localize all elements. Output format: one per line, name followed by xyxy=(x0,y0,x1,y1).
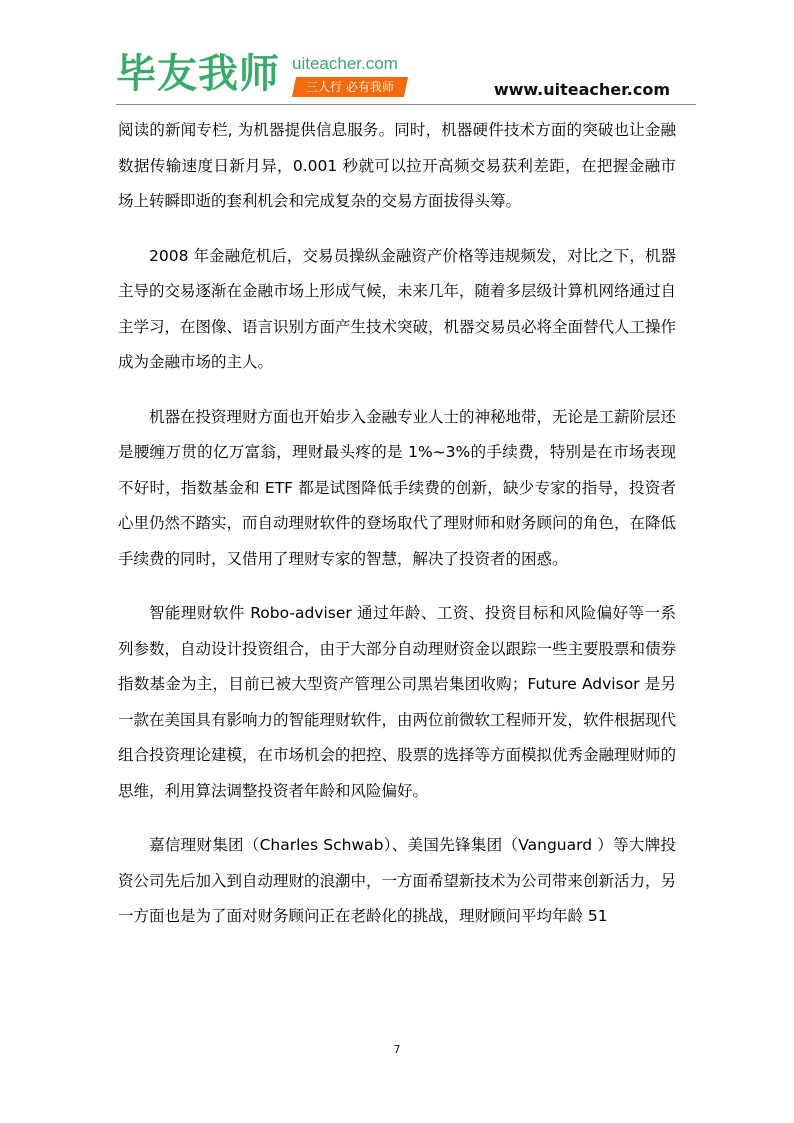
header-divider xyxy=(116,104,696,105)
paragraph: 阅读的新闻专栏, 为机器提供信息服务。同时，机器硬件技术方面的突破也让金融数据传… xyxy=(118,113,676,220)
logo-slogan-text: 三人行 必有我师 xyxy=(306,77,394,97)
paragraph: 嘉信理财集团（Charles Schwab）、美国先锋集团（Vanguard ）… xyxy=(118,828,676,935)
page-number: 7 xyxy=(0,1043,794,1056)
paragraph: 智能理财软件 Robo-adviser 通过年龄、工资、投资目标和风险偏好等一系… xyxy=(118,596,676,809)
paragraph: 机器在投资理财方面也开始步入金融专业人士的神秘地带，无论是工薪阶层还是腰缠万贯的… xyxy=(118,400,676,578)
page-header: 毕友我师 uiteacher.com 三人行 必有我师 www.uiteache… xyxy=(116,50,696,106)
logo-slogan-badge: 三人行 必有我师 xyxy=(292,77,408,97)
site-url: www.uiteacher.com xyxy=(494,80,670,99)
logo-text: 毕友我师 xyxy=(116,52,280,96)
document-body: 阅读的新闻专栏, 为机器提供信息服务。同时，机器硬件技术方面的突破也让金融数据传… xyxy=(118,113,676,954)
paragraph: 2008 年金融危机后，交易员操纵金融资产价格等违规频发，对比之下，机器主导的交… xyxy=(118,239,676,381)
logo-url: uiteacher.com xyxy=(292,54,398,74)
